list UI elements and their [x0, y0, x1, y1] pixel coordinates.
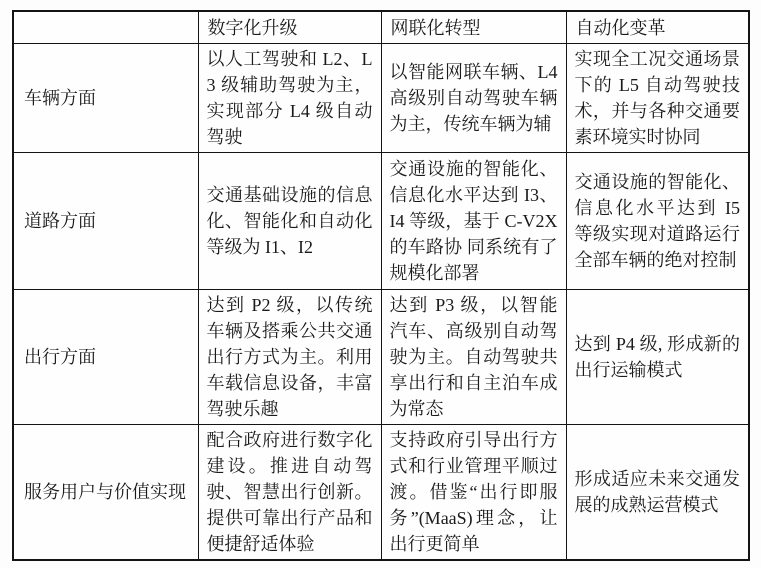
- row-header-road: 道路方面: [13, 153, 198, 290]
- cell-travel-automation: 达到 P4 级, 形成新的出行运输模式: [566, 290, 749, 425]
- row-header-travel: 出行方面: [13, 290, 198, 425]
- row-header-service: 服务用户与价值实现: [13, 425, 198, 561]
- header-row: 数字化升级 网联化转型 自动化变革: [13, 11, 749, 44]
- cell-travel-digital: 达到 P2 级，以传统车辆及搭乘公共交通出行方式为主。利用车载信息设备，丰富驾驶…: [198, 290, 381, 425]
- cell-service-automation: 形成适应未来交通发展的成熟运营模式: [566, 425, 749, 561]
- cell-travel-connected: 达到 P3 级，以智能汽车、高级别自动驾驶为主。自动驾驶共享出行和自主泊车成为常…: [381, 290, 566, 425]
- cell-vehicle-connected: 以智能网联车辆、L4 高级别自动驾驶车辆为主，传统车辆为辅: [381, 44, 566, 153]
- table-row-road: 道路方面 交通基础设施的信息化、智能化和自动化等级为 I1、I2 交通设施的智能…: [13, 153, 749, 290]
- corner-cell: [13, 11, 198, 44]
- table-row-service: 服务用户与价值实现 配合政府进行数字化建设。推进自动驾驶、智慧出行创新。提供可靠…: [13, 425, 749, 561]
- document-page: 数字化升级 网联化转型 自动化变革 车辆方面 以人工驾驶和 L2、L3 级辅助驾…: [0, 0, 761, 568]
- column-header-automation-revolution: 自动化变革: [566, 11, 749, 44]
- cell-vehicle-digital: 以人工驾驶和 L2、L3 级辅助驾驶为主，实现部分 L4 级自动驾驶: [198, 44, 381, 153]
- column-header-connected-transformation: 网联化转型: [381, 11, 566, 44]
- column-header-digital-upgrade: 数字化升级: [198, 11, 381, 44]
- row-header-vehicle: 车辆方面: [13, 44, 198, 153]
- cell-road-automation: 交通设施的智能化、信息化水平达到 I5 等级实现对道路运行全部车辆的绝对控制: [566, 153, 749, 290]
- cell-road-connected: 交通设施的智能化、信息化水平达到 I3、I4 等级，基于 C-V2X 的车路协 …: [381, 153, 566, 290]
- cell-service-connected: 支持政府引导出行方式和行业管理平顺过渡。借鉴“出行即服务”(MaaS)理念，让出…: [381, 425, 566, 561]
- table-row-travel: 出行方面 达到 P2 级，以传统车辆及搭乘公共交通出行方式为主。利用车载信息设备…: [13, 290, 749, 425]
- cell-road-digital: 交通基础设施的信息化、智能化和自动化等级为 I1、I2: [198, 153, 381, 290]
- cell-service-digital: 配合政府进行数字化建设。推进自动驾驶、智慧出行创新。提供可靠出行产品和便捷舒适体…: [198, 425, 381, 561]
- transport-transformation-table: 数字化升级 网联化转型 自动化变革 车辆方面 以人工驾驶和 L2、L3 级辅助驾…: [12, 10, 750, 561]
- cell-vehicle-automation: 实现全工况交通场景下的 L5 自动驾驶技术，并与各种交通要素环境实时协同: [566, 44, 749, 153]
- table-row-vehicle: 车辆方面 以人工驾驶和 L2、L3 级辅助驾驶为主，实现部分 L4 级自动驾驶 …: [13, 44, 749, 153]
